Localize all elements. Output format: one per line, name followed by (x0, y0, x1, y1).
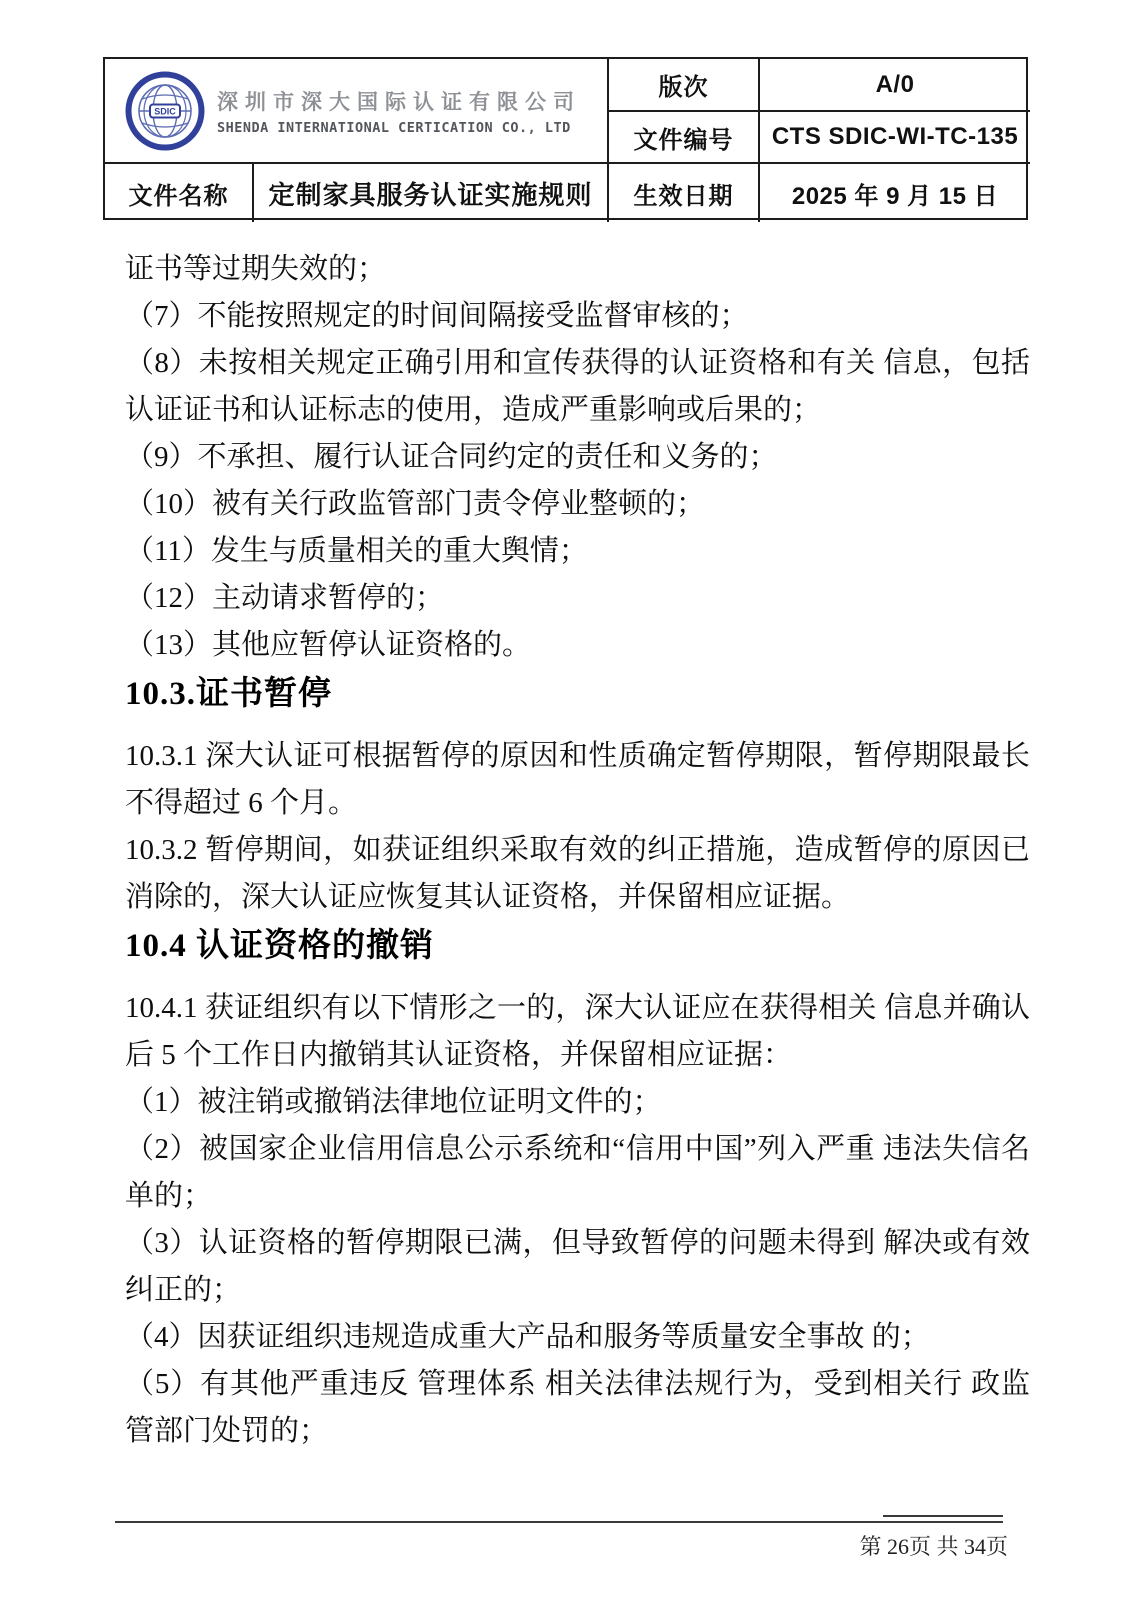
doc-name-label: 文件名称 (105, 164, 254, 222)
company-name-english: SHENDA INTERNATIONAL CERTICATION CO., LT… (217, 120, 581, 136)
body-paragraph: （5）有其他严重违反 管理体系 相关法律法规行为，受到相关行 政监管部门处罚的； (125, 1361, 1030, 1455)
body-paragraph: （8）未按相关规定正确引用和宣传获得的认证资格和有关 信息，包括认证证书和认证标… (125, 340, 1030, 434)
body-paragraph: （9）不承担、履行认证合同约定的责任和义务的； (125, 434, 1030, 481)
company-name-chinese: 深圳市深大国际认证有限公司 (217, 86, 581, 116)
body-paragraph: （13）其他应暂停认证资格的。 (125, 622, 1030, 669)
company-logo-icon: SDIC (125, 71, 205, 151)
body-paragraph: （4）因获证组织违规造成重大产品和服务等质量安全事故 的； (125, 1314, 1030, 1361)
document-header-table: SDIC 深圳市深大国际认证有限公司 SHENDA INTERNATIONAL … (103, 57, 1028, 220)
page-number: 第 26页 共 34页 (859, 1530, 1008, 1561)
footer-rule-short (883, 1515, 1003, 1517)
body-paragraph: （2）被国家企业信用信息公示系统和“信用中国”列入严重 违法失信名单的； (125, 1126, 1030, 1220)
body-paragraph: （11）发生与质量相关的重大舆情； (125, 528, 1030, 575)
company-names: 深圳市深大国际认证有限公司 SHENDA INTERNATIONAL CERTI… (217, 86, 581, 136)
document-page: SDIC 深圳市深大国际认证有限公司 SHENDA INTERNATIONAL … (0, 0, 1131, 1600)
body-paragraph: 10.3.2 暂停期间，如获证组织采取有效的纠正措施，造成暂停的原因已消除的，深… (125, 827, 1030, 921)
body-paragraph: 10.3.1 深大认证可根据暂停的原因和性质确定暂停期限，暂停期限最长不得超过 … (125, 733, 1030, 827)
effective-date-value: 2025 年 9 月 15 日 (760, 164, 1030, 222)
body-paragraph: （1）被注销或撤销法律地位证明文件的； (125, 1079, 1030, 1126)
footer-rule (115, 1521, 1003, 1523)
body-paragraph: （3）认证资格的暂停期限已满，但导致暂停的问题未得到 解决或有效纠正的； (125, 1220, 1030, 1314)
body-paragraph: （12）主动请求暂停的； (125, 575, 1030, 622)
section-heading: 10.4 认证资格的撤销 (125, 925, 1030, 967)
logo-badge-text: SDIC (154, 106, 176, 116)
doc-name-value: 定制家具服务认证实施规则 (254, 164, 609, 222)
doc-number-label: 文件编号 (609, 112, 760, 164)
body-paragraph: 证书等过期失效的； (125, 246, 1030, 293)
doc-number-value: CTS SDIC-WI-TC-135 (760, 112, 1030, 164)
effective-date-label: 生效日期 (609, 164, 760, 222)
body-paragraph: （10）被有关行政监管部门责令停业整顿的； (125, 481, 1030, 528)
version-label: 版次 (609, 59, 760, 112)
company-logo-cell: SDIC 深圳市深大国际认证有限公司 SHENDA INTERNATIONAL … (105, 59, 609, 164)
body-paragraph: （7）不能按照规定的时间间隔接受监督审核的； (125, 293, 1030, 340)
document-body: 证书等过期失效的；（7）不能按照规定的时间间隔接受监督审核的；（8）未按相关规定… (125, 246, 1030, 1455)
section-heading: 10.3.证书暂停 (125, 673, 1030, 715)
body-paragraph: 10.4.1 获证组织有以下情形之一的，深大认证应在获得相关 信息并确认后 5 … (125, 985, 1030, 1079)
version-value: A/0 (760, 59, 1030, 112)
